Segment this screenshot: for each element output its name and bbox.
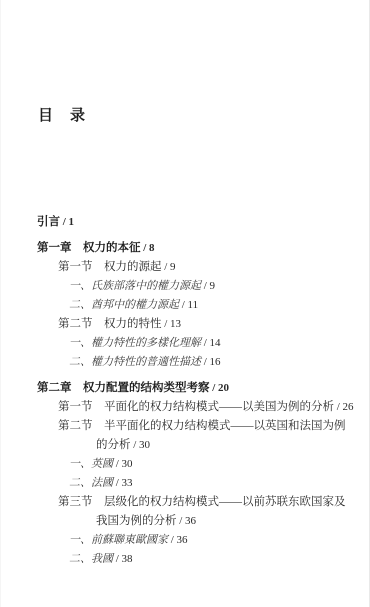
- toc-entry: 第一节 平面化的权力结构模式——以美国为例的分析 / 26: [1, 398, 369, 417]
- toc-entry-page-number: / 9: [162, 261, 176, 273]
- toc-entry: 第二节 半平面化的权力结构模式——以英国和法国为例: [1, 417, 369, 436]
- toc-entry: 一、前蘇聯東歐國家 / 36: [1, 531, 369, 550]
- toc-entry-text: 第二节 权力的特性: [58, 318, 162, 330]
- toc-entry: 第二章 权力配置的结构类型考察 / 20: [1, 379, 369, 398]
- toc-entry-text: 二、酋邦中的權力源起: [69, 299, 179, 311]
- toc-entry-text: 的分析: [96, 439, 131, 451]
- toc-title: 目 录: [1, 0, 369, 125]
- toc-entry-page-number: / 36: [177, 515, 197, 527]
- toc-entry-page-number: / 36: [168, 534, 188, 546]
- toc-entry-text: 我国为例的分析: [96, 515, 177, 527]
- toc-entry: 二、權力特性的普適性描述 / 16: [1, 353, 369, 372]
- toc-entry-page-number: / 14: [201, 337, 221, 349]
- toc-entry-page-number: / 13: [162, 318, 182, 330]
- toc-entry: 一、權力特性的多樣化理解 / 14: [1, 334, 369, 353]
- toc-entry: 二、我國 / 38: [1, 550, 369, 569]
- toc-entry-text: 引言: [37, 216, 60, 228]
- toc-entry-text: 第二章 权力配置的结构类型考察: [37, 382, 210, 394]
- toc-entry-text: 一、前蘇聯東歐國家: [69, 534, 168, 546]
- toc-entry-page-number: / 38: [113, 553, 133, 565]
- toc-entry-page-number: / 33: [113, 477, 133, 489]
- toc-entry: 引言 / 1: [1, 213, 369, 232]
- toc-entry-page-number: / 20: [210, 382, 230, 394]
- toc-entry: 我国为例的分析 / 36: [1, 512, 369, 531]
- toc-entry: 第三节 层级化的权力结构模式——以前苏联东欧国家及: [1, 493, 369, 512]
- toc-entry-text: 第一章 权力的本征: [37, 242, 141, 254]
- toc-list: 引言 / 1第一章 权力的本征 / 8第一节 权力的源起 / 9一、氏族部落中的…: [1, 213, 369, 569]
- toc-entry-text: 二、法國: [69, 477, 113, 489]
- toc-entry-text: 第一节 权力的源起: [58, 261, 162, 273]
- toc-entry-text: 一、氏族部落中的權力源起: [69, 280, 201, 292]
- toc-entry-page-number: / 16: [201, 356, 221, 368]
- toc-entry-page-number: / 1: [60, 216, 74, 228]
- toc-entry: 二、法國 / 33: [1, 474, 369, 493]
- toc-entry-text: 一、英國: [69, 458, 113, 470]
- toc-entry-text: 二、權力特性的普適性描述: [69, 356, 201, 368]
- document-page: 目 录 引言 / 1第一章 权力的本征 / 8第一节 权力的源起 / 9一、氏族…: [0, 0, 370, 607]
- toc-entry: 第二节 权力的特性 / 13: [1, 315, 369, 334]
- toc-entry-text: 第一节 平面化的权力结构模式——以美国为例的分析: [58, 401, 334, 413]
- toc-entry: 的分析 / 30: [1, 436, 369, 455]
- toc-entry-page-number: / 8: [141, 242, 155, 254]
- toc-entry-page-number: / 9: [201, 280, 215, 292]
- toc-entry: 一、英國 / 30: [1, 455, 369, 474]
- toc-entry-page-number: / 30: [113, 458, 133, 470]
- toc-entry-text: 第二节 半平面化的权力结构模式——以英国和法国为例: [58, 420, 346, 432]
- toc-entry: 第一节 权力的源起 / 9: [1, 258, 369, 277]
- toc-entry-page-number: / 11: [179, 299, 198, 311]
- toc-entry-text: 一、權力特性的多樣化理解: [69, 337, 201, 349]
- toc-entry: 二、酋邦中的權力源起 / 11: [1, 296, 369, 315]
- toc-entry: 第一章 权力的本征 / 8: [1, 239, 369, 258]
- toc-entry: 一、氏族部落中的權力源起 / 9: [1, 277, 369, 296]
- toc-entry-text: 二、我國: [69, 553, 113, 565]
- toc-entry-page-number: / 26: [334, 401, 354, 413]
- toc-entry-page-number: / 30: [131, 439, 151, 451]
- toc-entry-text: 第三节 层级化的权力结构模式——以前苏联东欧国家及: [58, 496, 346, 508]
